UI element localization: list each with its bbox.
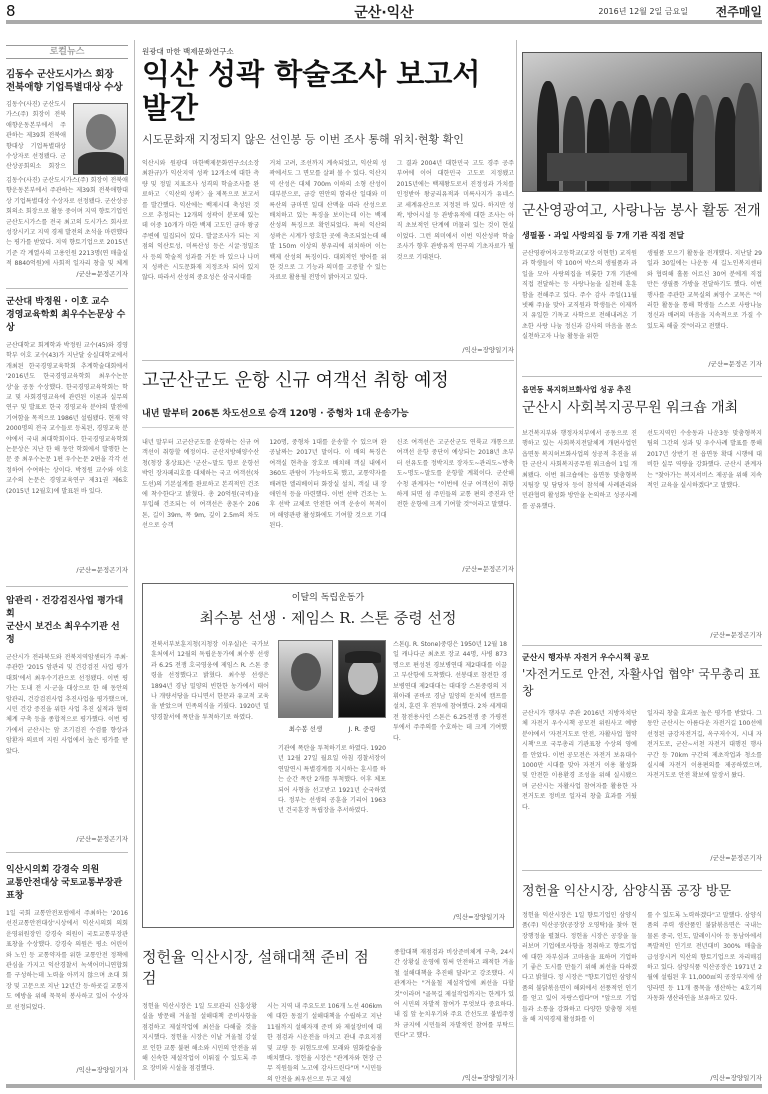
column-text: 룰 수 있도록 노력하겠다"고 말했다. 삼양식품의 주력 생산품인 불닭볶음면… bbox=[647, 911, 762, 1079]
group-photo bbox=[522, 52, 762, 192]
column-text: 스톤(J. R. Stone)중령은 1950년 12월 18일 캐나다군 최초… bbox=[393, 640, 507, 906]
column-text: 기관에 폭탄을 투척하기로 하였다. 1920년 12월 27일 월요일 아침 … bbox=[278, 744, 386, 920]
article-body-cont: 김동수(사진) 군산도시가스(주) 회장이 전북애향운동본부에서 주관하는 제3… bbox=[6, 176, 128, 268]
article-snow-preparation: 정헌율 익산시장, 설해대책 준비 점검 정헌율 익산시장은 1일 도로관리 신… bbox=[142, 946, 514, 1082]
portrait-photo bbox=[73, 103, 128, 175]
subhead: 시도문화재 지정되지 않은 선인봉 등 이번 조사 통해 위치·현황 확인 bbox=[142, 131, 514, 147]
article-columns: 군산영광여자고등학교(교장 이현헌) 교직원과 학생들이 약 100여 박스의 … bbox=[522, 249, 762, 349]
article-columns: 보건복지부와 행정자치부에서 공동으로 진행하고 있는 사회복지전달체계 개편사… bbox=[522, 429, 762, 629]
column-text: 120명, 중형차 1대를 운송할 수 있으며 완공날짜는 2017년 말이다.… bbox=[269, 438, 386, 558]
headline: 정헌율 익산시장, 삼양식품 공장 방문 bbox=[522, 880, 762, 899]
byline: /익산=장양일기자 bbox=[453, 912, 505, 921]
article-independence-activist: 이달의 독립운동가 최수봉 선생 · 제임스 R. 스톤 중령 선정 최수봉 선… bbox=[142, 583, 514, 928]
portrait-stone bbox=[338, 640, 386, 718]
photo-caption: J. R. 중령 bbox=[338, 724, 386, 733]
article-gunsan-univ: 군산대 박정원 · 이호 교수 경영교육학회 최우수논문상 수상 군산대학교 회… bbox=[6, 296, 128, 576]
column-text: 생필품 모으기 활동을 전개했다. 지난달 29일과 30일에는 나운동 새 길… bbox=[647, 249, 762, 349]
article-gogunsan-ferry: 고군산군도 운항 신규 여객선 취항 예정 내년 말부터 206톤 차도선으로 … bbox=[142, 368, 514, 573]
article-health-center: 암관리 · 건강검진사업 평가대회 군산시 보건소 최우수기관 선정 군산시가 … bbox=[6, 595, 128, 845]
issue-date: 2016년 12월 2일 금요일 bbox=[598, 6, 688, 17]
photo-caption: 최수봉 선생 bbox=[278, 724, 333, 733]
column-text: 정헌율 익산시장은 1일 도로관리 신흥상황실을 방문해 겨울철 설해대책 준비… bbox=[142, 1002, 257, 1082]
kicker: 군산시 행자부 자전거 우수시책 공모 bbox=[522, 652, 762, 663]
article-welfare-workshop: 읍면동 복지허브화사업 성공 추진 군산시 사회복지공무원 워크숍 개최 보건복… bbox=[522, 384, 762, 639]
column-text: 익산시와 원광대 마한백제문화연구소(소장 최완규)가 익산지역 성곽 12개소… bbox=[142, 159, 259, 354]
article-body: 1일 국회 교통안전포럼에서 주최하는 '2016 선진교통안전대상'시상에서 … bbox=[6, 909, 128, 1069]
column-text: 군산시가 행자부 주관 2016년 지방자치단체 자전거 우수시책 공모전 위원… bbox=[522, 709, 637, 862]
local-news-label: 로컬뉴스 bbox=[6, 45, 128, 59]
article-columns: 정헌율 익산시장은 1일 향토기업인 삼양식품(주) 익산공장(공장장 오영탁)… bbox=[522, 911, 762, 1079]
column-text: 그 결과 2004년 대한민국 고도 경주 공주 부여에 이어 대한민국 고도로… bbox=[397, 159, 514, 354]
headline: 정헌율 익산시장, 설해대책 준비 점검 bbox=[142, 946, 382, 988]
divider bbox=[522, 645, 762, 646]
byline: /군산=문정곤기자 bbox=[710, 853, 762, 862]
kicker: 원광대 마한 백제문화연구소 bbox=[142, 46, 514, 57]
article-iksan-fortress: 원광대 마한 백제문화연구소 익산 성곽 학술조사 보고서 발간 시도문화재 지… bbox=[142, 46, 514, 354]
byline: /군산=문정곤기자 bbox=[76, 269, 128, 278]
article-columns: 익산시와 원광대 마한백제문화연구소(소장 최완규)가 익산지역 성곽 12개소… bbox=[142, 159, 514, 354]
column-text: 거쳐 고려, 조선까지 계속되었고, 익산의 성곽에서도 그 면모를 살펴 볼 … bbox=[269, 159, 386, 354]
divider bbox=[522, 870, 762, 871]
article-youngkwang-girls-high: 군산영광여고, 사랑나눔 봉사 활동 전개 생필품 · 과일 사랑의집 등 7개… bbox=[522, 52, 762, 368]
article-body: 군산대학교 회계학과 박정원 교수(45)와 경영학부 이호 교수(43)가 지… bbox=[6, 341, 128, 561]
portrait-choi-subong bbox=[278, 640, 333, 718]
headline: 군산영광여고, 사랑나눔 봉사 활동 전개 bbox=[522, 200, 762, 220]
byline: /익산=장양일기자 bbox=[710, 1073, 762, 1082]
bottom-rule bbox=[6, 1084, 762, 1088]
column-text: 정헌율 익산시장은 1일 향토기업인 삼양식품(주) 익산공장(공장장 오영탁)… bbox=[522, 911, 637, 1079]
column-text: 군산영광여자고등학교(교장 이현헌) 교직원과 학생들이 약 100여 박스의 … bbox=[522, 249, 637, 349]
article-columns: 내년 말부터 고군산군도를 운항하는 신규 여객선이 취항할 예정이다. 군산지… bbox=[142, 438, 514, 558]
divider bbox=[6, 586, 128, 587]
byline: /익산=장양일기자 bbox=[462, 1073, 514, 1082]
column-text: 시는 지역 내 주요도로 106개 노선 406km에 대한 동절기 설해대책을… bbox=[267, 1002, 382, 1082]
article-body: 군산시가 전라북도와 전북지역암센터가 주최·주관한 '2015 암관리 및 건… bbox=[6, 653, 128, 845]
byline: /익산=장양일기자 bbox=[76, 1065, 128, 1074]
article-title: 암관리 · 건강검진사업 평가대회 군산시 보건소 최우수기관 선정 bbox=[6, 595, 128, 647]
column-divider bbox=[516, 40, 517, 1080]
column-text: 전북서부보훈지청(지청장 이우실)은 국가보훈처에서 12월의 독립운동가에 최… bbox=[151, 640, 269, 920]
column-text: 보건복지부와 행정자치부에서 공동으로 진행하고 있는 사회복지전달체계 개편사… bbox=[522, 429, 637, 629]
article-bicycle-award: 군산시 행자부 자전거 우수시책 공모 '자전거도로 안전, 자활사업 협약' … bbox=[522, 652, 762, 862]
article-columns: 군산시가 행자부 주관 2016년 지방자치단체 자전거 우수시책 공모전 위원… bbox=[522, 709, 762, 862]
subhead: 내년 말부터 206톤 차도선으로 승객 120명 · 중형차 1대 운송가능 bbox=[142, 406, 514, 428]
kicker: 읍면동 복지허브화사업 성공 추진 bbox=[522, 384, 762, 395]
divider bbox=[522, 376, 762, 377]
newspaper-name: 전주매일 bbox=[716, 3, 762, 20]
headline: '자전거도로 안전, 자활사업 협약' 국무총리 표창 bbox=[522, 665, 762, 699]
article-samyang-visit: 정헌율 익산시장, 삼양식품 공장 방문 정헌율 익산시장은 1일 향토기업인 … bbox=[522, 880, 762, 1082]
article-body: 김동수(사진) 군산도시가스(주) 회장이 전북애향운동본부에서 주관하는 제3… bbox=[6, 100, 66, 170]
column-text: 신조 여객선은 고군산군도 연륙교 개통으로 여객선 운항 중단이 예상되는 2… bbox=[397, 438, 514, 558]
article-title: 김동수 군산도시가스 회장 전북애향 기업특별대상 수상 bbox=[6, 68, 128, 94]
column-text: 선도지역인 수송동과 나운3동 맞춤형복지팀의 그간의 성과 및 우수사례 발표… bbox=[647, 429, 762, 629]
headline: 익산 성곽 학술조사 보고서 발간 bbox=[142, 57, 514, 125]
byline: /군산=문정곤기자 bbox=[76, 834, 128, 843]
divider bbox=[6, 288, 128, 289]
headline: 군산시 사회복지공무원 워크숍 개최 bbox=[522, 397, 762, 417]
byline: /익산=장양일기자 bbox=[462, 345, 514, 354]
top-rule bbox=[6, 20, 762, 24]
column-divider bbox=[134, 40, 135, 1080]
byline: /군산=문정곤 기자 bbox=[708, 359, 762, 368]
article-title: 익산시의회 강경숙 의원 교통안전대상 국토교통부장관 표창 bbox=[6, 864, 128, 903]
divider bbox=[142, 360, 514, 361]
headline: 고군산군도 운항 신규 여객선 취항 예정 bbox=[142, 368, 514, 394]
article-columns: 정헌율 익산시장은 1일 도로관리 신흥상황실을 방문해 겨울철 설해대책 준비… bbox=[142, 1002, 382, 1082]
article-kim-dongsu: 김동수 군산도시가스 회장 전북애향 기업특별대상 수상 김동수(사진) 군산도… bbox=[6, 68, 128, 278]
article-kang-kyungsook: 익산시의회 강경숙 의원 교통안전대상 국토교통부장관 표창 1일 국회 교통안… bbox=[6, 864, 128, 1084]
headline: 최수봉 선생 · 제임스 R. 스톤 중령 선정 bbox=[143, 607, 513, 628]
article-title: 군산대 박정원 · 이호 교수 경영교육학회 최우수논문상 수상 bbox=[6, 296, 128, 335]
subhead: 생필품 · 과일 사랑의집 등 7개 기관 직접 전달 bbox=[522, 230, 762, 241]
byline: /군산=문정곤기자 bbox=[76, 565, 128, 574]
byline: /군산=문정곤기자 bbox=[462, 564, 514, 573]
column-text: 일자리 창출 효과로 높은 평가를 받았다. 그동안 군산시는 아름다운 자전거… bbox=[647, 709, 762, 862]
local-news-box: 로컬뉴스 bbox=[6, 45, 128, 59]
column-text: 내년 말부터 고군산군도를 운항하는 신규 여객선이 취항할 예정이다. 군산지… bbox=[142, 438, 259, 558]
column-text: 종합대책 재점검과 비상준비체계 구축, 24시간 상황실 운영에 힘써 안전하… bbox=[394, 948, 514, 1066]
divider bbox=[6, 852, 128, 853]
byline: /군산=문정곤기자 bbox=[710, 630, 762, 639]
kicker: 이달의 독립운동가 bbox=[143, 590, 513, 603]
